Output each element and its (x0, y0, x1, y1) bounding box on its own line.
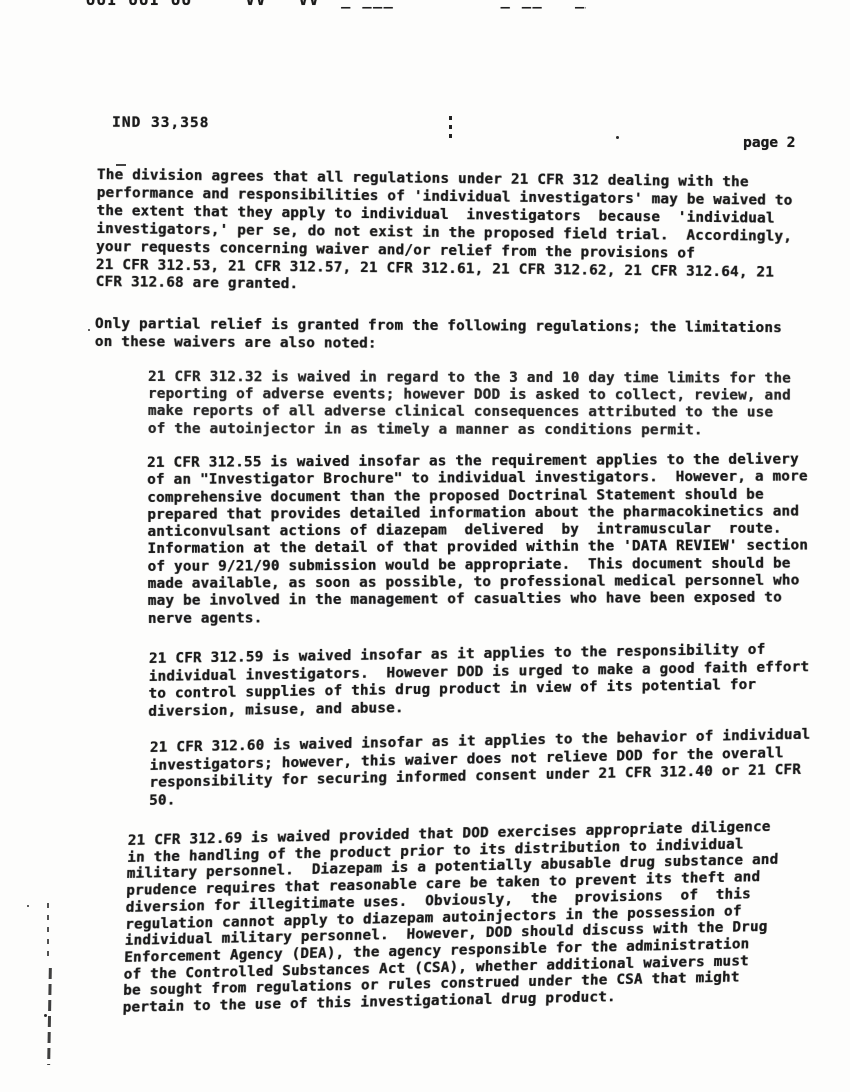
scan-artifact-dot (88, 329, 90, 331)
fax-header-marks: UUI UUI UU VV ' VV _ ___ ' ' _ __ ' __ _… (86, 0, 586, 9)
ind-number: IND 33,358 (112, 115, 209, 132)
scan-artifact-dot (44, 1014, 47, 1017)
paragraph-partial-relief-intro: Only partial relief is granted from the … (95, 316, 782, 355)
paragraph-21-cfr-312-32: 21 CFR 312.32 is waived in regard to the… (148, 369, 791, 439)
scan-artifact-dash (116, 164, 126, 166)
scan-artifact-dot (616, 136, 619, 139)
paragraph-21-cfr-312-55: 21 CFR 312.55 is waived insofar as the r… (147, 452, 808, 628)
fax-header-clipped-line: UUI UUI UU VV ' VV _ ___ ' ' _ __ ' __ _… (86, 0, 586, 10)
paragraph-21-cfr-312-59: 21 CFR 312.59 is waived insofar as it ap… (148, 641, 809, 721)
scan-artifact-dashed-line (47, 968, 52, 1065)
page-number: page 2 (743, 135, 795, 151)
scan-artifact-colon-icon (449, 116, 452, 142)
scan-artifact-dot (27, 905, 29, 907)
scanned-document-page: UUI UUI UU VV ' VV _ ___ ' ' _ __ ' __ _… (0, 0, 850, 1092)
paragraph-waivers-granted: The division agrees that all regulations… (96, 167, 793, 300)
paragraph-21-cfr-312-69: 21 CFR 312.69 is waived provided that DO… (122, 819, 779, 1017)
scan-artifact-dotted-line (47, 903, 49, 963)
paragraph-21-cfr-312-60: 21 CFR 312.60 is waived insofar as it ap… (149, 727, 810, 811)
